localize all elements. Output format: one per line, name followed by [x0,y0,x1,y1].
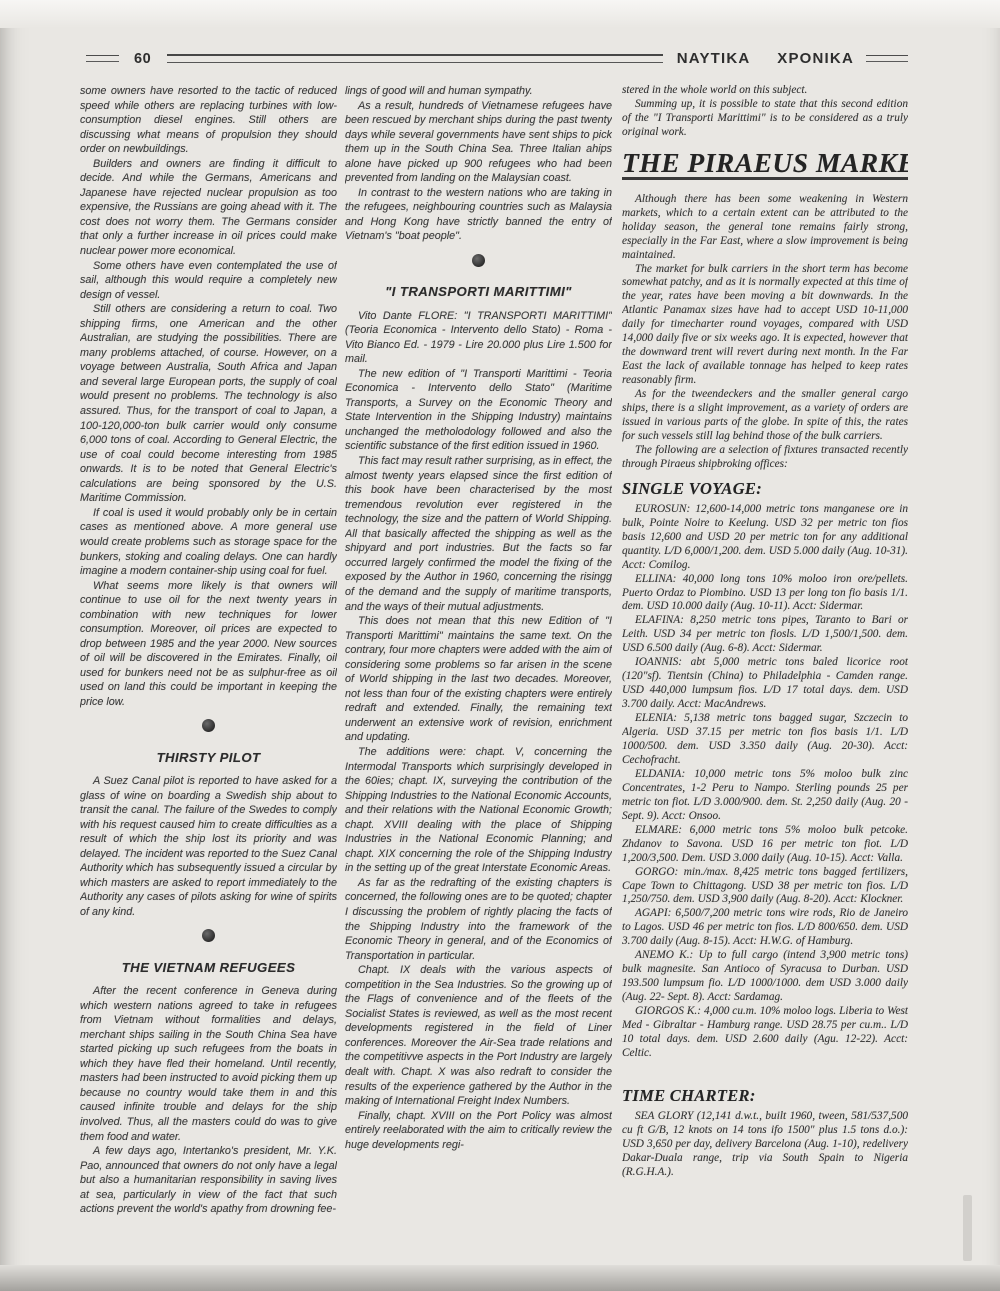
paragraph: The following are a selection of fixture… [622,444,908,472]
paragraph: As for the tweendeckers and the smaller … [622,388,908,444]
paragraph: Still others are considering a return to… [80,302,337,506]
paragraph: As far as the redrafting of the existing… [345,876,612,963]
scan-edge-bottom [0,1265,1000,1291]
article-title: THE PIRAEUS MARKET [622,150,908,180]
paragraph: ELENIA: 5,138 metric tons bagged sugar, … [622,712,908,768]
scan-artifact [963,1195,972,1261]
masthead-title: NAYTIKA XPONIKA [677,50,854,67]
paragraph: GORGO: min./max. 8,425 metric tons bagge… [622,866,908,908]
paragraph: Although there has been some weakening i… [622,193,908,263]
page-header: 60 NAYTIKA XPONIKA [0,50,1000,67]
bullet-divider [80,710,337,742]
column-right: stered in the whole world on this subjec… [622,84,908,1269]
paragraph: IOANNIS: abt 5,000 metric tons baled lic… [622,656,908,712]
column-middle: lings of good will and human sympathy.As… [345,84,612,1269]
paragraph: ELDANIA: 10,000 metric tons 5% moloo bul… [622,768,908,824]
paragraph: Summing up, it is possible to state that… [622,98,908,140]
subsection-title: SINGLE VOYAGE: [622,482,908,496]
paragraph: This does not mean that this new Edition… [345,614,612,745]
paragraph: What seems more likely is that owners wi… [80,579,337,710]
bullet-divider [345,244,612,276]
scan-edge-top [0,0,1000,28]
paragraph: Builders and owners are finding it diffi… [80,157,337,259]
paragraph: Some others have even contemplated the u… [80,259,337,303]
paragraph: lings of good will and human sympathy. [345,84,612,99]
paragraph: ANEMO K.: Up to full cargo (intend 3,900… [622,949,908,1005]
paragraph: ELMARE: 6,000 metric tons 5% moloo bulk … [622,824,908,866]
paragraph: If coal is used it would probably only b… [80,506,337,579]
paragraph: Vito Dante FLORE: "I TRANSPORTI MARITTIM… [345,309,612,367]
circle-bullet-icon [472,254,485,267]
paragraph: As a result, hundreds of Vietnamese refu… [345,99,612,186]
bullet-divider [80,920,337,952]
paragraph: Chapt. IX deals with the various aspects… [345,963,612,1108]
paragraph: ELAFINA: 8,250 metric tons pipes, Tarant… [622,614,908,656]
paragraph: This fact may result rather surprising, … [345,454,612,614]
paragraph: stered in the whole world on this subjec… [622,84,908,98]
magazine-scan-page: 60 NAYTIKA XPONIKA some owners have reso… [0,0,1000,1291]
paragraph: Finally, chapt. XVIII on the Port Policy… [345,1109,612,1153]
paragraph: After the recent conference in Geneva du… [80,984,337,1144]
section-title: THE VIETNAM REFUGEES [80,961,337,976]
header-rule-right [866,55,908,62]
paragraph: GIORGOS K.: 4,000 cu.m. 10% moloo logs. … [622,1005,908,1061]
paragraph: The new edition of "I Transporti Maritti… [345,367,612,454]
section-title: THIRSTY PILOT [80,751,337,766]
paragraph: some owners have resorted to the tactic … [80,84,337,157]
circle-bullet-icon [202,719,215,732]
paragraph: A Suez Canal pilot is reported to have a… [80,774,337,919]
header-rule-center [167,54,663,63]
paragraph: AGAPI: 6,500/7,200 metric tons wire rods… [622,907,908,949]
paragraph: In contrast to the western nations who a… [345,186,612,244]
paragraph: ELLINA: 40,000 long tons 10% moloo iron … [622,573,908,615]
column-left: some owners have resorted to the tactic … [80,84,337,1269]
paragraph: SEA GLORY (12,141 d.w.t., built 1960, tw… [622,1110,908,1180]
page-number: 60 [134,51,151,67]
circle-bullet-icon [202,929,215,942]
paragraph: EUROSUN: 12,600-14,000 metric tons manga… [622,503,908,573]
section-title: "I TRANSPORTI MARITTIMI" [345,285,612,300]
subsection-title: TIME CHARTER: [622,1089,908,1103]
paragraph: The market for bulk carriers in the shor… [622,263,908,389]
paragraph: A few days ago, Intertanko's president, … [80,1144,337,1217]
header-rule-left [86,55,119,62]
article-columns: some owners have resorted to the tactic … [0,84,1000,1269]
paragraph: The additions were: chapt. V, concerning… [345,745,612,876]
